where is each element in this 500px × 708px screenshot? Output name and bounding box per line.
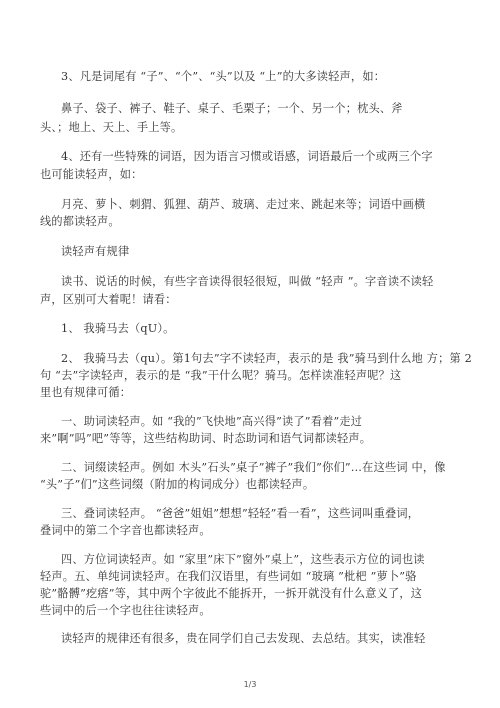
paragraph-ex2-line: 2、 我骑马去（qu）。第1句去”字不读轻声，表示的是 我”骑马到什么地 方；第… bbox=[61, 352, 472, 366]
paragraph-ex1-line: 1、 我骑马去（qU）。 bbox=[61, 322, 175, 336]
paragraph-rule4-5-line: 四、方位词读轻声。如 “家里”床下”窗外”桌上”，这些表示方位的词也读 bbox=[61, 553, 425, 567]
paragraph-rule1-line: 来”啊”吗”吧”等等，这些结构助词、时态助词和语气词都读轻声。 bbox=[40, 432, 371, 446]
paragraph-rule2-line: “头”子”们”这些词缀（附加的构词成分）也都读轻声。 bbox=[40, 478, 314, 492]
paragraph-ex2-line: 里也有规律可循： bbox=[40, 386, 131, 400]
paragraph-rule4-5-line: 轻声。五、单纯词读轻声。在我们汉语里，有些词如 “玻璃 ”枇杷 ”萝卜”骆 bbox=[40, 570, 417, 584]
paragraph-closing-line: 读轻声的规律还有很多，贵在同学们自己去发现、去总结。其实，读准轻 bbox=[61, 632, 425, 646]
paragraph-intro-line: 声，区别可大着呢！请看： bbox=[40, 293, 177, 307]
paragraph-p4-examples-line: 线的都读轻声。 bbox=[40, 215, 120, 229]
paragraph-rule2-line: 二、词缀读轻声。例如 木头”石头”桌子”裤子”我们”你们”…在这些词 中，像 bbox=[61, 461, 446, 475]
paragraph-p4-line: 4、还有一些特殊的词语，因为语言习惯或语感，词语最后一个或两三个字 bbox=[61, 150, 433, 164]
paragraph-p3-line: 3、凡是词尾有 “子”、“个”、“头”以及 “上”的大多读轻声，如： bbox=[61, 70, 385, 84]
paragraph-p4-line: 也可能读轻声，如： bbox=[40, 168, 143, 182]
paragraph-heading-line: 读轻声有规律 bbox=[61, 245, 129, 259]
paragraph-rule4-5-line: 驼”骼髆”疙瘩”等，其中两个字彼此不能拆开，一拆开就没有什么意义了，这 bbox=[40, 587, 422, 601]
paragraph-p4-examples-line: 月亮、萝卜、刺猬、狐狸、葫芦、玻璃、走过来、跳起来等；词语中画横 bbox=[61, 198, 425, 212]
paragraph-p3-examples-line: 头、；地上、天上、手上等。 bbox=[40, 121, 182, 135]
paragraph-ex2-line: 句 “去”字读轻声，表示的是 “我”干什么呢？骑马。怎样读准轻声呢？这 bbox=[40, 369, 401, 383]
paragraph-rule1-line: 一、助词读轻声。如 “我的”飞快地”高兴得”读了”看着”走过 bbox=[61, 415, 362, 429]
document-page: 3、凡是词尾有 “子”、“个”、“头”以及 “上”的大多读轻声，如：鼻子、袋子、… bbox=[0, 0, 500, 708]
paragraph-intro-line: 读书、说话的时候，有些字音读得很轻很短，叫做 “轻声 ”。字音读不读轻 bbox=[61, 275, 433, 289]
paragraph-rule3-line: 三、叠词读轻声。 “爸爸”姐姐”想想”轻轻”看一看”，这些词叫重叠词， bbox=[61, 507, 419, 521]
paragraph-rule4-5-line: 些词中的后一个字也往往读轻声。 bbox=[40, 604, 211, 618]
paragraph-p3-examples-line: 鼻子、袋子、裤子、鞋子、桌子、毛栗子；一个、另一个；枕头、斧 bbox=[61, 102, 403, 116]
page-number: 1/3 bbox=[0, 680, 500, 689]
paragraph-rule3-line: 叠词中的第二个字音也都读轻声。 bbox=[40, 524, 211, 538]
